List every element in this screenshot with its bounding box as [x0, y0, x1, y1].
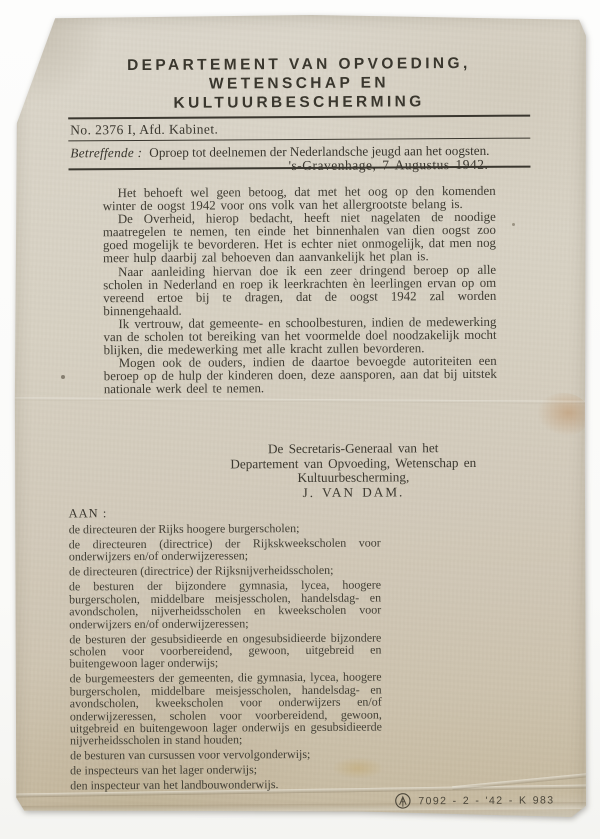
paragraph: Het behoeft wel geen betoog, dat met het… — [103, 185, 496, 214]
recipient-item: de besturen der bijzondere gymnasia, lyc… — [69, 579, 381, 631]
scan-background: DEPARTEMENT VAN OPVOEDING, WETENSCHAP EN… — [0, 0, 600, 839]
recipients-label: AAN : — [69, 505, 381, 522]
document-content: DEPARTEMENT VAN OPVOEDING, WETENSCHAP EN… — [14, 15, 586, 817]
recipient-item: de directeuren (directrice) der Rijksnij… — [69, 564, 381, 578]
paper-sheet: DEPARTEMENT VAN OPVOEDING, WETENSCHAP EN… — [14, 15, 586, 817]
reference-number: No. 2376 I, Afd. Kabinet. — [68, 117, 530, 141]
print-footer: 7092 - 2 - '42 - K 983 — [394, 791, 554, 809]
recipient-item: de besturen der gesubsidieerde en ongesu… — [69, 631, 381, 670]
paragraph: Mogen ook de ouders, indien de daartoe b… — [104, 355, 497, 397]
recipients-list: AAN : de directeuren der Rijks hoogere b… — [69, 505, 383, 795]
recipient-item: de inspecteurs van het lager onderwijs; — [70, 763, 382, 777]
letterhead: DEPARTEMENT VAN OPVOEDING, WETENSCHAP EN… — [68, 54, 531, 171]
recipient-item: de directeuren der Rijks hoogere burgers… — [69, 522, 381, 536]
recipient-item: de directeuren (directrice) der Rijkskwe… — [69, 537, 381, 564]
paragraph: De Overheid, hierop bedacht, heeft niet … — [103, 211, 496, 266]
printer-monogram-icon — [394, 792, 411, 809]
recipient-item: den inspecteur van het landbouwonderwijs… — [70, 778, 382, 792]
paragraph: Naar aanleiding hiervan doe ik een zeer … — [103, 263, 496, 318]
recipient-item: de burgemeesters der gemeenten, die gymn… — [70, 671, 382, 747]
department-title-line2: KULTUURBESCHERMING — [68, 92, 530, 114]
body-text: Het behoeft wel geen betoog, dat met het… — [103, 185, 497, 397]
paragraph: Ik vertrouw, dat gemeente- en schoolbest… — [103, 316, 496, 358]
print-code: 7092 - 2 - '42 - K 983 — [418, 794, 554, 807]
department-title-line1: DEPARTEMENT VAN OPVOEDING, WETENSCHAP EN — [68, 54, 530, 95]
dateline: 's-Gravenhage, 7 Augustus 1942. — [208, 156, 568, 174]
recipient-item: de besturen van cursussen voor vervolgon… — [70, 748, 382, 762]
document-page: DEPARTEMENT VAN OPVOEDING, WETENSCHAP EN… — [14, 15, 586, 817]
signature-name: J. VAN DAM. — [153, 485, 553, 502]
subject-label: Betreffende : — [70, 145, 142, 160]
signature-block: De Secretaris-Generaal van het Departeme… — [153, 440, 553, 501]
